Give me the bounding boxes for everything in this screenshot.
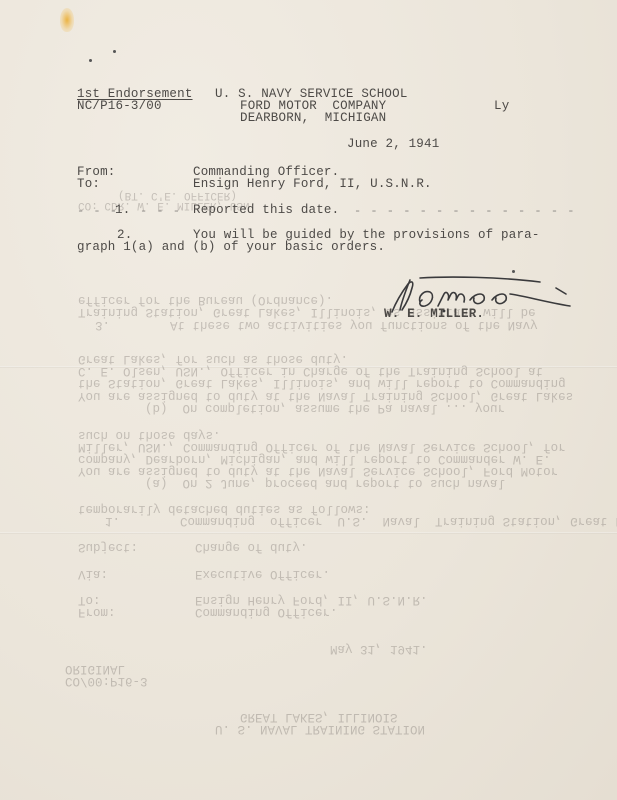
paragraph-1-text: Reported this date. (193, 204, 339, 217)
bleed-through-text: (b) On completion, assume the Pa naval .… (145, 401, 505, 414)
bleed-through-text: 1. Commanding officer U.S. Naval Trainin… (105, 514, 617, 527)
typist-initials: Ly (494, 100, 509, 113)
to-value: Ensign Henry Ford, II, U.S.N.R. (193, 178, 432, 191)
bleed-through-text: From: (78, 605, 116, 618)
paragraph-2-line-2: graph 1(a) and (b) of your basic orders. (77, 241, 385, 254)
fold-crease (0, 532, 617, 534)
stain-mark (60, 8, 74, 32)
leader-dashes: - - - (140, 204, 181, 218)
speck (113, 50, 116, 53)
document-page: efficer for the Bureau (Ordnance). Train… (0, 0, 617, 800)
bleed-through-text: Change of duty. (195, 540, 308, 553)
bleed-through-text: the Station, Great Lakes, Illinois, and … (78, 376, 566, 389)
bleed-through-text: Subject: (78, 540, 138, 553)
bleed-through-text: (a) On 2 June, proceed and report to suc… (145, 476, 505, 489)
file-number: NC/P16-3/00 (77, 100, 162, 113)
leader-dashes: - - - (77, 204, 118, 218)
bleed-through-text: Executive Officer. (195, 567, 330, 580)
speck (89, 59, 92, 62)
bleed-through-text: U. S. NAVAL TRAINING STATION (215, 722, 425, 735)
bleed-through-text: May 31, 1941. (330, 642, 428, 655)
location: DEARBORN, MICHIGAN (240, 112, 386, 125)
to-label: To: (77, 178, 100, 191)
leader-dashes: - - - - - - - - - - - - - - (354, 204, 575, 218)
document-date: June 2, 1941 (347, 138, 439, 151)
bleed-through-text: Via: (78, 567, 108, 580)
signatory-name: W. E. MILLER. (384, 308, 484, 321)
bleed-through-text: Commanding Officer. (195, 605, 338, 618)
bleed-through-text: CO/00:P16-3 (65, 674, 148, 687)
paragraph-1-number: 1. (115, 204, 130, 217)
